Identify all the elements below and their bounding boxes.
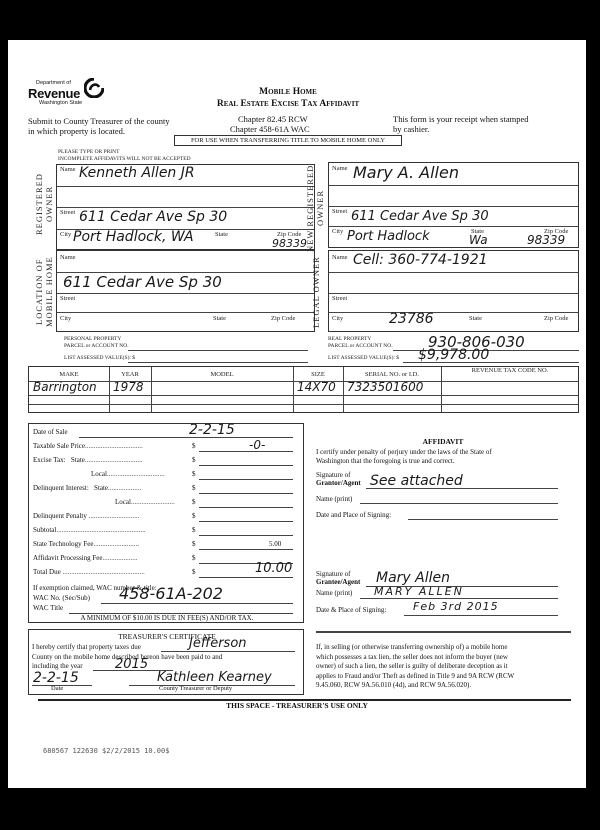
delinq-local-row: Local.........................: [115, 498, 175, 506]
personal-property-label-line1: PERSONAL PROPERTY: [64, 336, 129, 343]
excise-state-row: Excise Tax: State.......................…: [33, 456, 143, 464]
delinquent-penalty-label: Delinquent Penalty: [33, 512, 87, 520]
total-due-value[interactable]: 10.00: [255, 561, 292, 576]
chapter-wac: Chapter 458-61A WAC: [230, 124, 310, 134]
dollar-sign: $: [192, 568, 196, 576]
personal-assessed-field[interactable]: [128, 362, 308, 363]
state-label: State: [215, 231, 228, 238]
logo-state-text: Washington State: [39, 100, 82, 106]
street-label: Street: [332, 295, 347, 302]
street-label: Street: [332, 208, 347, 215]
delinquent-penalty-row: Delinquent Penalty .....................…: [33, 512, 139, 520]
affidavit-statement-line2: Washington that the foregoing is true an…: [316, 457, 492, 466]
city-label: City: [60, 231, 71, 238]
street-label: Street: [60, 295, 75, 302]
grantee-date-label: Date & Place of Signing:: [316, 606, 386, 614]
type-note-1: PLEASE TYPE OR PRINT: [58, 149, 119, 155]
new-owner-name[interactable]: Mary A. Allen: [353, 163, 459, 182]
grantor-signature[interactable]: See attached: [370, 473, 463, 489]
new-owner-state[interactable]: Wa: [469, 233, 488, 247]
header-revenue-code: REVENUE TAX CODE NO.: [441, 367, 579, 374]
subtotal-label: Subtotal: [33, 526, 56, 534]
treasurer-cert-title: TREASURER'S CERTIFICATE: [29, 632, 305, 641]
minimum-note: A MINIMUM OF $10.00 IS DUE IN FEE(S) AND…: [29, 614, 305, 622]
dor-swirl-icon: [84, 78, 104, 98]
receipt-note-line2: by cashier.: [393, 124, 529, 134]
tax-box: Date of Sale 2-2-15 Taxable Sale Price..…: [28, 423, 304, 623]
delinq-local-label: Local: [115, 498, 131, 506]
state-label: State: [213, 315, 226, 322]
submit-note-line2: in which property is located.: [28, 126, 170, 136]
date-of-sale-row: Date of Sale: [33, 428, 68, 436]
grantor-signature-label: Signature of Grantor/Agent: [316, 471, 361, 487]
name-label: Name: [60, 254, 76, 261]
dollar-sign: $: [192, 484, 196, 492]
state-tech-fee-value[interactable]: 5.00: [269, 540, 281, 548]
affidavit-statement: I certify under penalty of perjury under…: [316, 448, 492, 466]
lien-notice-line1: If, in selling (or otherwise transferrin…: [316, 643, 514, 653]
new-owner-zip[interactable]: 98339: [527, 233, 565, 247]
wac-title-label: WAC Title: [33, 604, 63, 612]
section-label-line1: NEW REGISTERED: [305, 164, 315, 251]
grantor-date-field[interactable]: [408, 519, 558, 520]
section-label-line2: MOBILE HOME: [44, 257, 54, 328]
real-property-label-line1: REAL PROPERTY: [328, 336, 393, 343]
grantee-sig-label-line1: Signature of: [316, 570, 360, 578]
treasurer-date[interactable]: 2-2-15: [33, 670, 79, 686]
grantee-signature[interactable]: Mary Allen: [376, 570, 450, 586]
delinquent-interest-label: Delinquent Interest:: [33, 484, 89, 492]
lien-notice-line2: which possesses a tax lien, the seller d…: [316, 653, 514, 663]
header-model: MODEL: [151, 371, 293, 378]
grantor-name-field[interactable]: [360, 503, 558, 504]
legal-owner-name[interactable]: Cell: 360-774-1921: [353, 252, 488, 268]
date-of-sale-label: Date of Sale: [33, 428, 68, 436]
cell-make[interactable]: Barrington: [33, 380, 97, 394]
excise-state-label: State: [71, 456, 85, 464]
lien-notice-line3: owner) of such a lien, the seller is gui…: [316, 662, 514, 672]
taxable-sale-price-label: Taxable Sale Price: [33, 442, 85, 450]
delinq-state-row: Delinquent Interest: State..............…: [33, 484, 141, 492]
personal-assessed-label: LIST ASSESSED VALUE(S): $: [64, 355, 135, 361]
registered-owner-city[interactable]: Port Hadlock, WA: [73, 229, 194, 245]
total-due-label: Total Due: [33, 568, 61, 576]
new-owner-street[interactable]: 611 Cedar Ave Sp 30: [351, 209, 489, 224]
dollar-sign: $: [192, 526, 196, 534]
treasurer-certificate-box: TREASURER'S CERTIFICATE I hereby certify…: [28, 629, 304, 695]
cell-serial[interactable]: 7323501600: [347, 380, 423, 394]
header-size: SIZE: [293, 371, 343, 378]
grantee-date[interactable]: Feb 3rd 2015: [413, 600, 499, 613]
excise-local-label: Local: [91, 470, 107, 478]
grantor-sig-label-line2: Grantor/Agent: [316, 479, 361, 487]
chapter-rcw: Chapter 82.45 RCW: [238, 114, 308, 124]
submit-note: Submit to County Treasurer of the county…: [28, 116, 170, 136]
dollar-sign: $: [192, 442, 196, 450]
personal-property-label-line2: PARCEL or ACCOUNT NO.: [64, 343, 129, 350]
transfer-banner-text: FOR USE WHEN TRANSFERRING TITLE TO MOBIL…: [191, 137, 385, 144]
real-property-label: REAL PROPERTY PARCEL or ACCOUNT NO.: [328, 336, 393, 350]
grantor-date-label: Date and Place of Signing:: [316, 511, 391, 519]
submit-note-line1: Submit to County Treasurer of the county: [28, 116, 170, 126]
vehicle-table: MAKE YEAR MODEL SIZE SERIAL NO. or I.D. …: [28, 366, 579, 413]
grantee-name[interactable]: MARY ALLEN: [374, 585, 464, 598]
city-label: City: [60, 315, 71, 322]
personal-property-label: PERSONAL PROPERTY PARCEL or ACCOUNT NO.: [64, 336, 129, 350]
affidavit-fee-row: Affidavit Processing Fee................…: [33, 554, 137, 562]
dollar-sign: $: [192, 554, 196, 562]
transfer-banner: FOR USE WHEN TRANSFERRING TITLE TO MOBIL…: [174, 135, 402, 146]
header-serial: SERIAL NO. or I.D.: [343, 371, 441, 378]
treasurer-cert-line3: including the year: [32, 662, 83, 670]
dollar-sign: $: [192, 512, 196, 520]
real-assessed-value[interactable]: $9,978.00: [418, 347, 489, 363]
state-label: State: [469, 315, 482, 322]
dollar-sign: $: [192, 470, 196, 478]
real-assessed-label: LIST ASSESSED VALUE(S): $: [328, 355, 399, 361]
zip-label: Zip Code: [544, 315, 568, 322]
treasurer-year[interactable]: 2015: [115, 657, 148, 672]
real-property-label-line2: PARCEL or ACCOUNT NO.: [328, 343, 393, 350]
personal-property-field[interactable]: [128, 350, 308, 351]
form-title-line1: Mobile Home: [188, 87, 388, 97]
name-label: Name: [332, 165, 348, 172]
excise-tax-label: Excise Tax:: [33, 456, 66, 464]
state-tech-fee-label: State Technology Fee: [33, 540, 93, 548]
receipt-stamp: 680567 122630 $2/2/2015 10.00$: [43, 747, 169, 755]
registered-owner-name[interactable]: Kenneth Allen JR: [79, 165, 195, 181]
lien-notice-line5: 9.45.060, RCW 9A.56.010 (4d), and RCW 9A…: [316, 681, 514, 691]
section-label-line1: REGISTERED: [34, 173, 44, 235]
zip-label: Zip Code: [271, 315, 295, 322]
treasurer-use-only: THIS SPACE - TREASURER'S USE ONLY: [8, 701, 586, 710]
registered-owner-box: Name Kenneth Allen JR Street 611 Cedar A…: [56, 164, 315, 250]
wac-no-value[interactable]: 458-61A-202: [119, 584, 223, 603]
section-label-line2: OWNER: [315, 190, 325, 226]
legal-owner-city[interactable]: 23786: [389, 311, 434, 327]
section-label-line2: OWNER: [44, 186, 54, 222]
affidavit-title: AFFIDAVIT: [318, 437, 568, 446]
city-label: City: [332, 228, 343, 235]
type-note-2: INCOMPLETE AFFIDAVITS WILL NOT BE ACCEPT…: [58, 156, 191, 162]
location-section-label: LOCATION OF MOBILE HOME: [34, 252, 54, 332]
affidavit-statement-line1: I certify under penalty of perjury under…: [316, 448, 492, 457]
city-label: City: [332, 315, 343, 322]
new-registered-owner-section-label: NEW REGISTERED OWNER: [305, 160, 325, 256]
registered-owner-street[interactable]: 611 Cedar Ave Sp 30: [79, 209, 227, 225]
treasurer-county[interactable]: Jefferson: [189, 636, 247, 651]
delinq-state-label: State: [94, 484, 108, 492]
lien-notice: If, in selling (or otherwise transferrin…: [316, 643, 514, 691]
logo-revenue-text: Revenue: [28, 86, 80, 101]
wac-no-label: WAC No. (Sec/Sub): [33, 594, 90, 602]
taxable-sale-price-value[interactable]: -0-: [249, 438, 265, 452]
name-label: Name: [60, 166, 76, 173]
grantee-sig-label-line2: Grantee/Agent: [316, 578, 360, 586]
taxable-sale-price-row: Taxable Sale Price......................…: [33, 442, 143, 450]
location-address[interactable]: 611 Cedar Ave Sp 30: [63, 273, 222, 291]
registered-owner-zip[interactable]: 98339: [272, 237, 307, 250]
treasurer-signature[interactable]: Kathleen Kearney: [157, 670, 272, 685]
cell-size[interactable]: 14X70: [297, 380, 336, 394]
grantor-name-label: Name (print): [316, 495, 352, 503]
affidavit-fee-label: Affidavit Processing Fee: [33, 554, 102, 562]
new-owner-city[interactable]: Port Hadlock: [347, 229, 430, 244]
new-registered-owner-box: Name Mary A. Allen Street 611 Cedar Ave …: [328, 162, 579, 248]
location-box: Name 611 Cedar Ave Sp 30 Street City Sta…: [56, 250, 315, 332]
name-label: Name: [332, 254, 348, 261]
excise-local-row: Local.................................: [91, 470, 165, 478]
legal-owner-box: Name Cell: 360-774-1921 Street City 2378…: [328, 250, 579, 332]
grantor-sig-label-line1: Signature of: [316, 471, 361, 479]
form-title-line2: Real Estate Excise Tax Affidavit: [188, 99, 388, 109]
header-year: YEAR: [109, 371, 151, 378]
dollar-sign: $: [192, 456, 196, 464]
treasurer-signer-label: County Treasurer or Deputy: [159, 685, 232, 692]
registered-owner-section-label: REGISTERED OWNER: [34, 168, 54, 240]
affidavit-page: Department of Revenue Washington State S…: [8, 40, 586, 788]
receipt-note-line1: This form is your receipt when stamped: [393, 114, 529, 124]
cell-year[interactable]: 1978: [113, 380, 144, 394]
dollar-sign: $: [192, 540, 196, 548]
lien-notice-line4: applies to Fraud and/or Theft as defined…: [316, 672, 514, 682]
street-label: Street: [60, 209, 75, 216]
date-of-sale-value[interactable]: 2-2-15: [189, 422, 235, 438]
grantee-name-label: Name (print): [316, 589, 352, 597]
treasurer-cert-line1: I hereby certify that property taxes due: [32, 643, 141, 651]
total-due-row: Total Due ..............................…: [33, 568, 145, 576]
subtotal-row: Subtotal................................…: [33, 526, 146, 534]
treasurer-date-label: Date: [51, 685, 63, 692]
header-make: MAKE: [29, 371, 109, 378]
grantee-signature-label: Signature of Grantee/Agent: [316, 570, 360, 586]
dor-logo: Department of Revenue Washington State: [28, 78, 108, 114]
dollar-sign: $: [192, 498, 196, 506]
legal-owner-section-label: LEGAL OWNER: [311, 252, 321, 332]
state-tech-fee-row: State Technology Fee....................…: [33, 540, 139, 548]
receipt-note: This form is your receipt when stamped b…: [393, 114, 529, 134]
section-label-line1: LOCATION OF: [34, 259, 44, 326]
